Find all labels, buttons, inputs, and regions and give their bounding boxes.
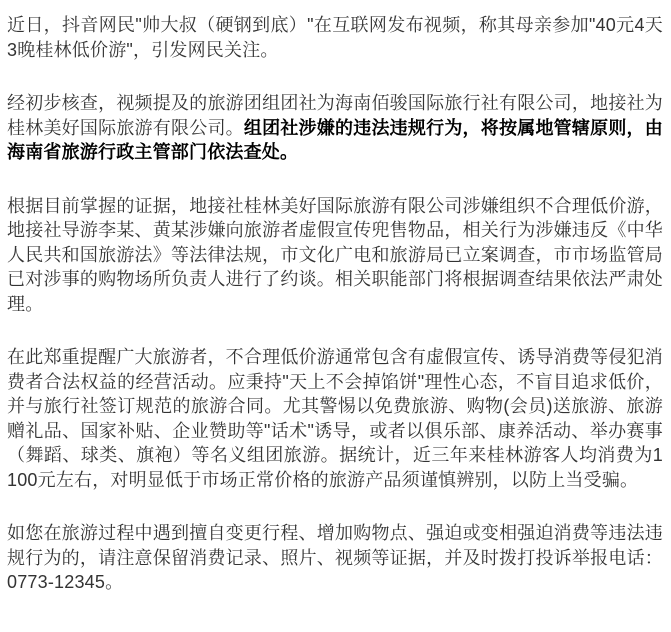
text-segment: 近日，抖音网民"帅大叔（硬钢到底）"在互联网发布视频，称其母亲参加"40元4天3… xyxy=(7,15,663,60)
paragraph: 在此郑重提醒广大旅游者，不合理低价游通常包含有虚假宣传、诱导消费等侵犯消费者合法… xyxy=(7,345,663,492)
text-segment: 根据目前掌握的证据，地接社桂林美好国际旅游有限公司涉嫌组织不合理低价游，地接社导… xyxy=(7,196,663,314)
paragraph: 根据目前掌握的证据，地接社桂林美好国际旅游有限公司涉嫌组织不合理低价游，地接社导… xyxy=(7,194,663,317)
notice-body: 近日，抖音网民"帅大叔（硬钢到底）"在互联网发布视频，称其母亲参加"40元4天3… xyxy=(0,0,671,595)
text-segment: 在此郑重提醒广大旅游者，不合理低价游通常包含有虚假宣传、诱导消费等侵犯消费者合法… xyxy=(7,347,663,490)
paragraph: 近日，抖音网民"帅大叔（硬钢到底）"在互联网发布视频，称其母亲参加"40元4天3… xyxy=(7,13,663,62)
text-segment: 如您在旅游过程中遇到擅自变更行程、增加购物点、强迫或变相强迫消费等违法违规行为的… xyxy=(7,523,663,592)
paragraph: 如您在旅游过程中遇到擅自变更行程、增加购物点、强迫或变相强迫消费等违法违规行为的… xyxy=(7,521,663,595)
paragraph: 经初步核查，视频提及的旅游团组团社为海南佰骏国际旅行社有限公司，地接社为桂林美好… xyxy=(7,91,663,165)
